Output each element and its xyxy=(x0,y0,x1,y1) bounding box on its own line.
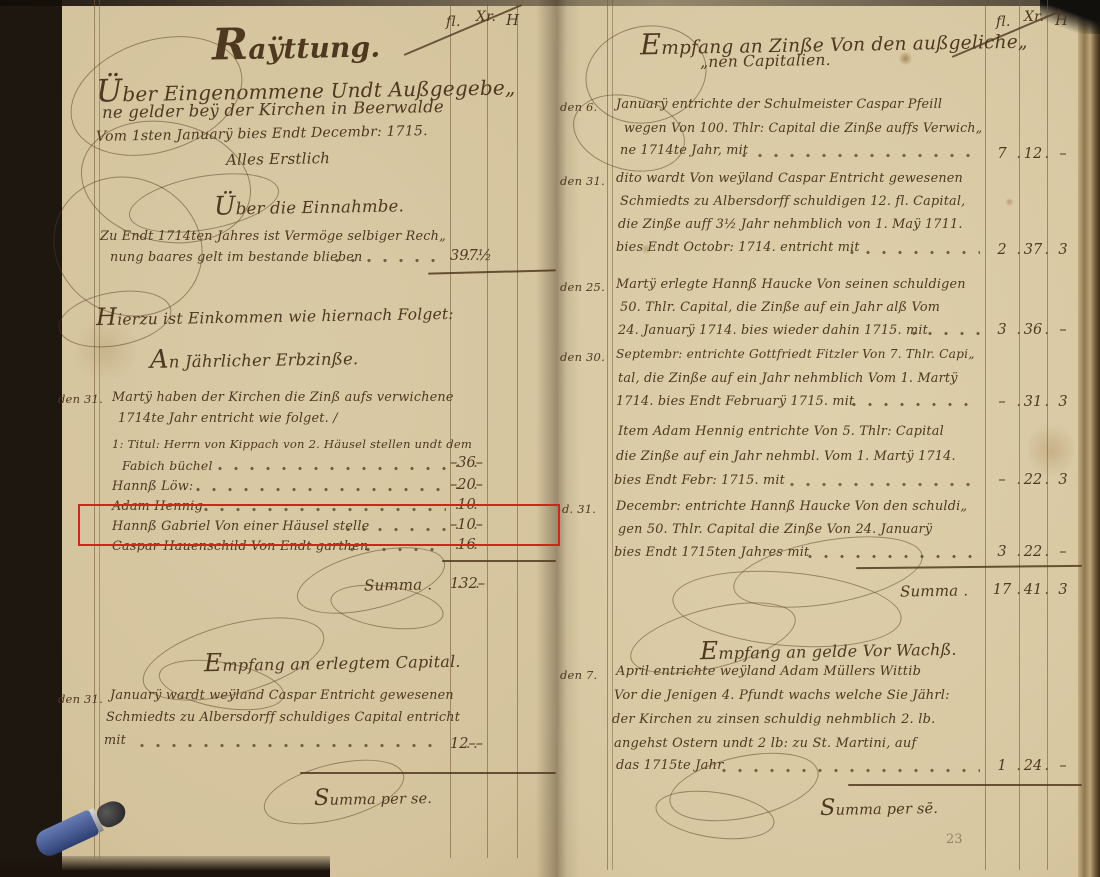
entry-line: tal, die Zinße auf ein Jahr nehmblich Vo… xyxy=(618,371,958,386)
entry-line: das 1715te Jahr xyxy=(616,758,724,773)
amount-xr: 36 xyxy=(1019,322,1047,338)
amount-h: 3 xyxy=(1047,472,1079,488)
section-motto: Alles Erstlich xyxy=(226,149,330,169)
amount-fl: 3 xyxy=(985,322,1019,338)
amount-xr: 32 xyxy=(459,576,477,592)
entry-date: den 31. xyxy=(58,692,103,706)
amount-fl: – xyxy=(985,394,1019,410)
col-header-h: H xyxy=(1055,11,1068,29)
entry-line: Schmiedts zu Albersdorff schuldigen 12. … xyxy=(620,194,965,209)
sum-rule xyxy=(848,784,1082,786)
amount-row: 7 12 – xyxy=(985,146,1079,162)
entry-date: den 31. xyxy=(58,392,103,406)
col-header-h: H xyxy=(506,11,519,29)
amount-h: 3 xyxy=(1047,242,1079,258)
amount-xr: 24 xyxy=(1019,758,1047,774)
col-header-xr: Xr. xyxy=(476,9,496,25)
amount-h: – xyxy=(478,576,485,592)
dotted-leader xyxy=(808,554,980,559)
entry-line: Martÿ erlegte Hannß Haucke Von seinen sc… xyxy=(616,277,966,292)
section-heading: Empfang an gelde Vor Wachß. xyxy=(700,632,957,665)
section-heading: Empfang an erlegtem Capital. xyxy=(204,644,461,677)
entry-line: Januarÿ entrichte der Schulmeister Caspa… xyxy=(616,97,942,112)
page-footer-summa: Summa per se. xyxy=(314,783,433,811)
amount-xr: – xyxy=(468,736,475,752)
amount-fl: – xyxy=(985,472,1019,488)
summa-label: Summa . xyxy=(364,575,433,594)
amount-xr: 20 xyxy=(457,477,475,493)
amount-h: – xyxy=(476,477,483,493)
entry-line: 50. Thlr. Capital, die Zinße auf ein Jah… xyxy=(620,300,940,315)
entry-line: die Zinße auff 3½ Jahr nehmblich von 1. … xyxy=(618,217,963,232)
entry-date: d. 31. xyxy=(562,502,596,516)
amount-xr: 31 xyxy=(1019,394,1047,410)
dotted-leader xyxy=(350,547,446,552)
amount-h: 3 xyxy=(1047,394,1079,410)
amount-h: – xyxy=(1047,146,1079,162)
entry-line: Vor die Jenigen 4. Pfundt wachs welche S… xyxy=(614,688,950,703)
section-heading: Über die Einnahmbe. xyxy=(214,188,404,221)
amount-fl: 17 xyxy=(985,582,1019,598)
amount-h: – xyxy=(1047,544,1079,560)
dotted-leader xyxy=(335,258,447,263)
amount-row: 3 22 – xyxy=(985,544,1079,560)
photo-top-shadow xyxy=(0,0,1100,6)
ink-stain xyxy=(1005,198,1014,206)
entry-line: April entrichte weÿland Adam Müllers Wit… xyxy=(616,664,921,679)
entry-line: bies Endt Febr: 1715. mit xyxy=(614,473,785,488)
amount-row: 2 37 3 xyxy=(985,242,1079,258)
amount-fl: 12 xyxy=(450,736,468,752)
entry-line: die Zinße auf ein Jahr nehmbl. Vom 1. Ma… xyxy=(616,449,956,464)
photo-bottom-shadow xyxy=(0,856,330,877)
entry-line: wegen Von 100. Thlr: Capital die Zinße a… xyxy=(624,120,982,135)
page-footer-summa: Summa per sē. xyxy=(820,793,939,821)
column-rule xyxy=(450,0,451,858)
column-rule xyxy=(517,0,518,858)
amount-h: – xyxy=(476,455,483,471)
amount-xr: 12 xyxy=(1019,146,1047,162)
sum-rule xyxy=(442,560,556,562)
entry-line: Fabich büchel xyxy=(122,458,213,473)
column-rule xyxy=(487,0,488,858)
dotted-leader xyxy=(742,153,980,158)
amount-xr: 37 xyxy=(1019,242,1047,258)
amount-fl: – xyxy=(450,455,457,471)
column-rule xyxy=(1047,0,1048,870)
entry-line: nung baares gelt im bestande blieben xyxy=(110,250,362,265)
amount-xr: 22 xyxy=(1019,544,1047,560)
dotted-leader xyxy=(218,466,446,471)
amount-row: – 22 3 xyxy=(985,472,1079,488)
amount-row: – 31 3 xyxy=(985,394,1079,410)
entry-line: Decembr: entrichte Hannß Haucke Von den … xyxy=(616,499,967,514)
entry-date: den 6. xyxy=(560,100,597,114)
entry-line: Hannß Löw: xyxy=(112,479,193,494)
dotted-leader xyxy=(790,482,980,487)
amount-xr: 7 xyxy=(468,248,477,264)
page-title: Raÿttung. xyxy=(212,17,381,71)
amount-h: – xyxy=(1047,758,1079,774)
amount-fl: 3 xyxy=(985,544,1019,560)
entry-line: bies Endt Octobr: 1714. entricht mit xyxy=(616,240,860,255)
dotted-leader xyxy=(850,250,980,255)
col-header-fl: fl. xyxy=(446,14,461,30)
red-highlight-box xyxy=(78,504,560,546)
dotted-leader xyxy=(912,331,980,336)
folio-number: 23 xyxy=(946,832,963,847)
entry-line: Item Adam Hennig entrichte Von 5. Thlr: … xyxy=(618,424,944,439)
entry-line: Schmiedts zu Albersdorff schuldiges Capi… xyxy=(106,710,460,725)
entry-line: mit xyxy=(104,733,126,748)
amount-row: 39 7 ½ xyxy=(450,248,492,264)
entry-line: bies Endt 1715ten Jahres mit xyxy=(614,545,809,560)
entry-date: den 31. xyxy=(560,174,605,188)
entry-line: 24. Januarÿ 1714. bies wieder dahin 1715… xyxy=(618,323,928,338)
dotted-leader xyxy=(722,768,980,773)
entry-line: dito wardt Von weÿland Caspar Entricht g… xyxy=(616,171,963,186)
summa-label: Summa . xyxy=(900,581,969,600)
entry-line: Januarÿ wardt weÿland Caspar Entricht ge… xyxy=(110,688,454,703)
amount-fl: 1 xyxy=(450,576,459,592)
book-page-edges-right xyxy=(1078,0,1100,877)
entry-line: angehst Ostern undt 2 lb: zu St. Martini… xyxy=(614,736,916,751)
dotted-leader xyxy=(140,743,435,748)
entry-line: 1714te Jahr entricht wie folget. / xyxy=(118,411,338,426)
photo-corner-dark xyxy=(1040,0,1100,34)
page-heading: „nen Capitalien. xyxy=(700,51,831,71)
amount-row: 3 36 – xyxy=(985,322,1079,338)
amount-row: 12 – – xyxy=(450,736,483,752)
column-rule xyxy=(985,0,986,870)
entry-line: Septembr: entrichte Gottfriedt Fitzler V… xyxy=(616,347,975,361)
dotted-leader xyxy=(196,487,446,492)
amount-h: – xyxy=(1047,322,1079,338)
amount-h: 3 xyxy=(1047,582,1079,598)
amount-fl: 39 xyxy=(450,248,468,264)
dotted-leader xyxy=(852,402,980,407)
entry-line: 1714. bies Endt Februarÿ 1715. mit xyxy=(616,394,854,409)
amount-fl: 1 xyxy=(985,758,1019,774)
amount-fl: 7 xyxy=(985,146,1019,162)
amount-row: 1 32 – xyxy=(450,576,485,592)
entry-line: Martÿ haben der Kirchen die Zinß aufs ve… xyxy=(112,390,454,405)
paper-stain xyxy=(1028,420,1074,480)
entry-date: den 25. xyxy=(560,280,605,294)
manuscript-photo: fl. Xr. H fl. Xr. H Raÿttung. Über Einge… xyxy=(0,0,1100,877)
amount-row: 1 24 – xyxy=(985,758,1079,774)
section-heading: An Jährlicher Erbzinße. xyxy=(150,341,359,375)
amount-xr: 41 xyxy=(1019,582,1047,598)
amount-h: – xyxy=(476,736,483,752)
book-page-edges-left xyxy=(0,0,62,877)
amount-fl: 2 xyxy=(985,242,1019,258)
sum-rule xyxy=(300,772,556,774)
amount-row: – 36 – xyxy=(450,455,483,471)
entry-date: den 7. xyxy=(560,668,597,682)
entry-line: gen 50. Thlr. Capital die Zinße Von 24. … xyxy=(618,522,932,537)
amount-row: 17 41 3 xyxy=(985,582,1079,598)
entry-line: 1: Titul: Herrn von Kippach von 2. Häuse… xyxy=(112,437,472,451)
amount-xr: 36 xyxy=(457,455,475,471)
amount-xr: 22 xyxy=(1019,472,1047,488)
entry-line: der Kirchen zu zinsen schuldig nehmblich… xyxy=(612,712,935,727)
entry-line: ne 1714te Jahr, mit xyxy=(620,143,748,158)
amount-h: ½ xyxy=(478,248,492,264)
entry-line: Zu Endt 1714ten Jahres ist Vermöge selbi… xyxy=(100,229,446,244)
column-rule xyxy=(1019,0,1020,870)
amount-row: – 20 – xyxy=(450,477,483,493)
entry-date: den 30. xyxy=(560,350,605,364)
page-heading: Empfang an Zinße Von den außgeliche„ xyxy=(640,21,1028,62)
